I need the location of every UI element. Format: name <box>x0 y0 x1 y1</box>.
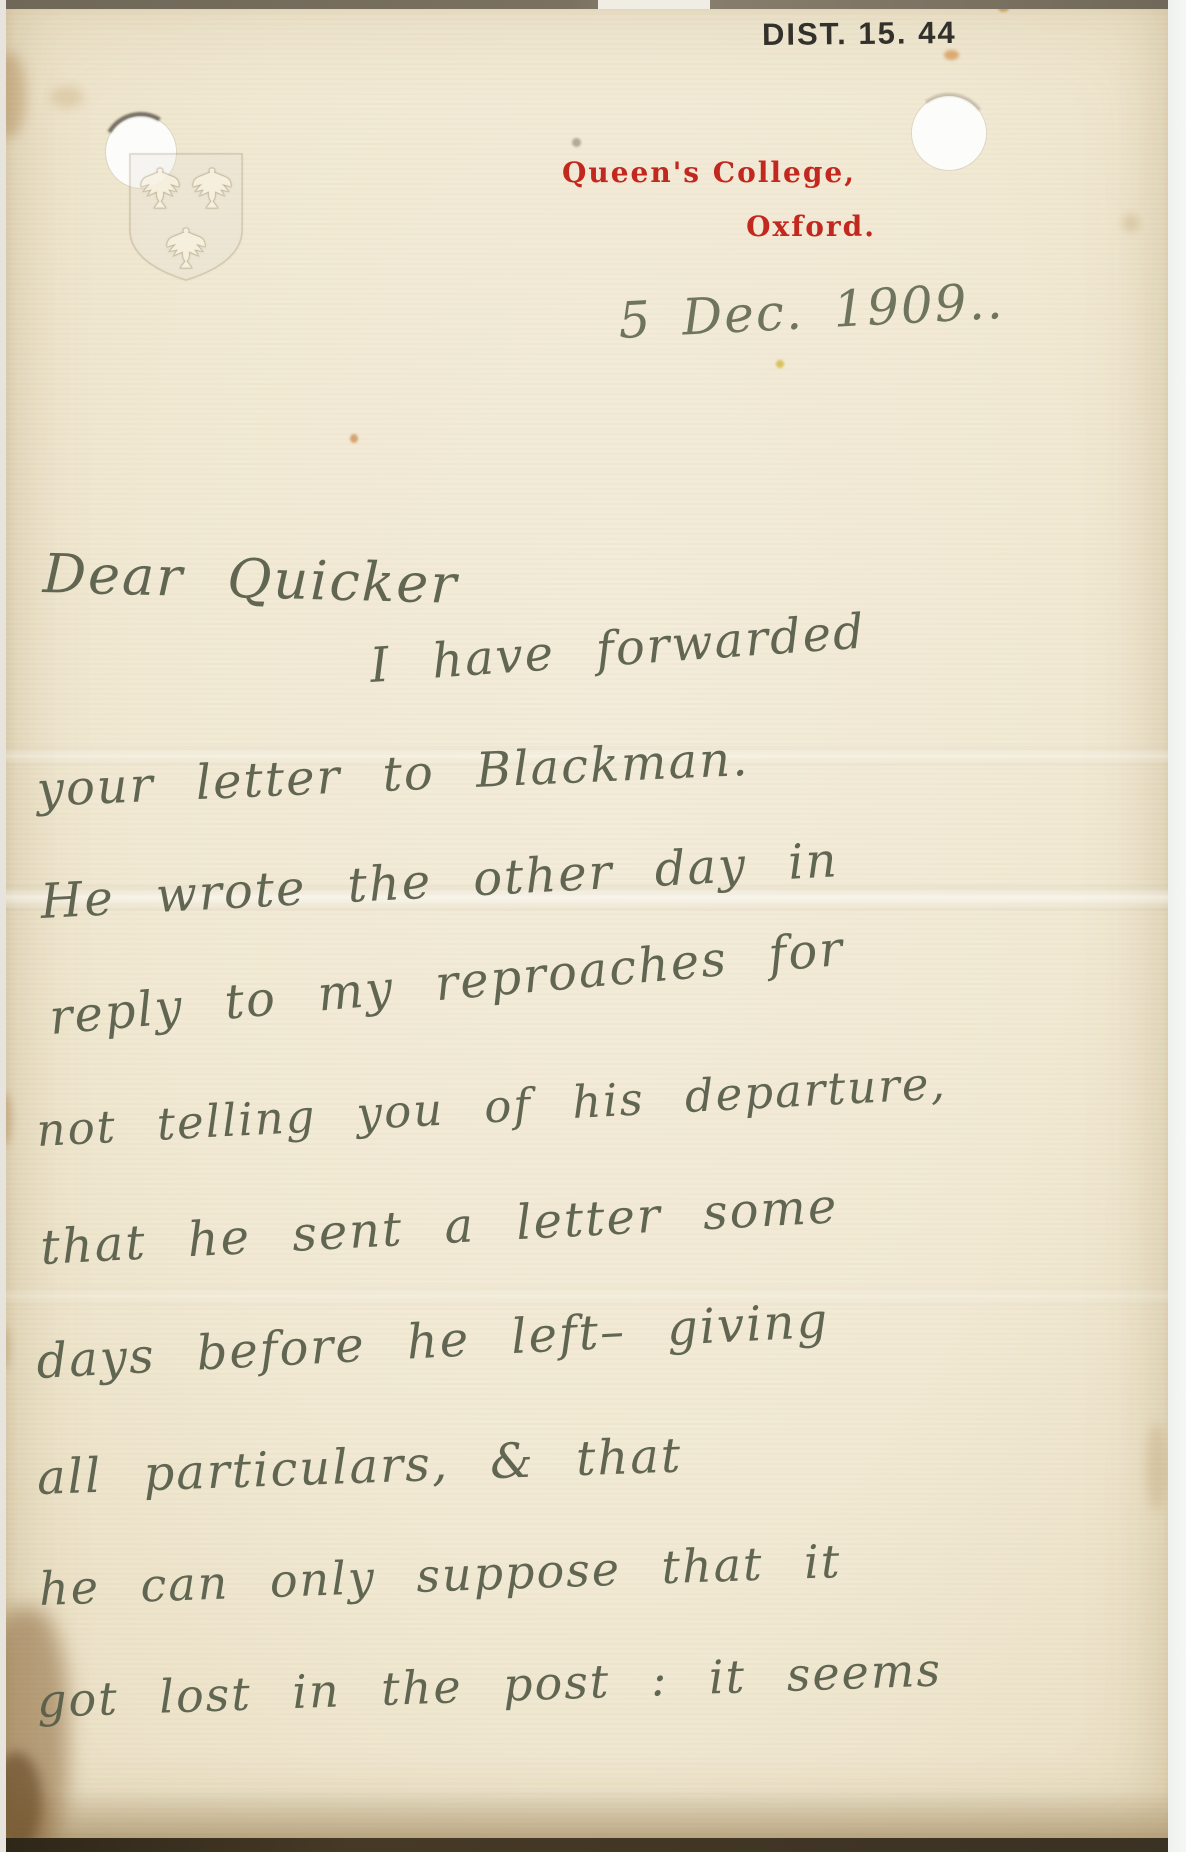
scanner-edge-top-notch <box>598 0 710 9</box>
letterhead-college: Queen's College, <box>562 156 856 189</box>
stain <box>350 434 358 443</box>
stain <box>944 50 959 60</box>
fold-crease <box>5 1286 1169 1306</box>
stain <box>50 86 84 108</box>
embossed-crest <box>126 150 246 284</box>
scanner-edge-left <box>0 0 6 1852</box>
stain <box>572 138 581 147</box>
letterhead-city: Oxford. <box>746 210 876 243</box>
stain <box>776 360 784 368</box>
scanned-letter-page: DIST. 15. 44 Queen's College, Oxford. 5 … <box>0 0 1186 1852</box>
punch-hole-right <box>912 96 986 170</box>
scanner-edge-bottom <box>0 1838 1186 1852</box>
scanner-edge-top <box>0 0 1186 9</box>
stain <box>1146 1424 1168 1510</box>
scanner-edge-right <box>1168 0 1186 1852</box>
stain <box>1122 214 1140 232</box>
archive-mark: DIST. 15. 44 <box>762 15 957 53</box>
three-eagles-shield-icon <box>126 150 246 284</box>
salutation-line: Dear Quicker <box>42 542 459 616</box>
stain <box>0 1790 1186 1838</box>
